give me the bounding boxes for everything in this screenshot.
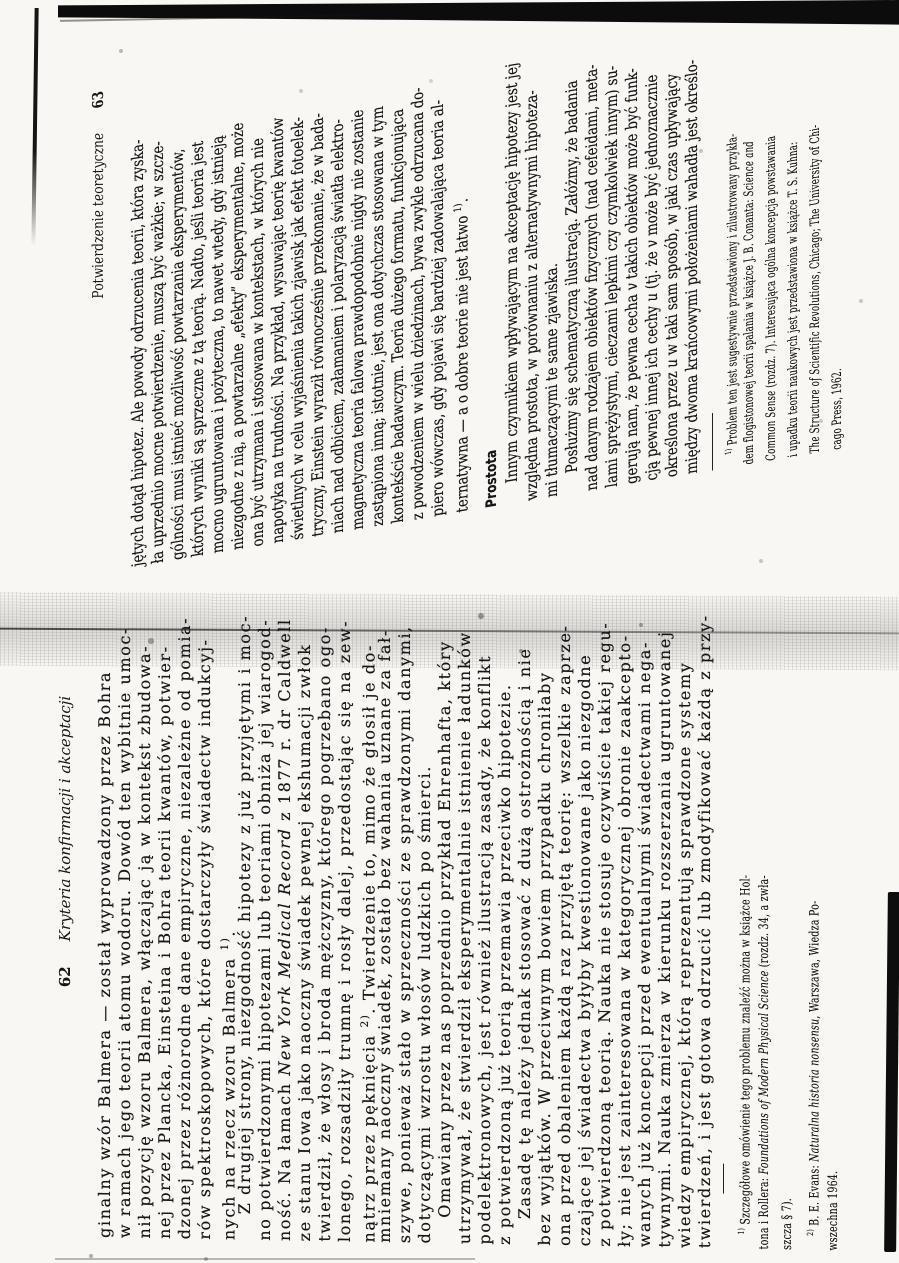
text-line: napotyka na trudności. Na przykład, wysu…: [268, 50, 288, 545]
page-number: 62: [55, 966, 75, 987]
text-segment: mocno ugruntowana i pożyteczna, to nawet…: [208, 134, 227, 555]
text-line: no potwierdzonymi hipotezami lub teoriam…: [255, 600, 275, 1240]
text-line: nej przez Plancka, Einsteina i Bohra teo…: [155, 599, 175, 1239]
text-segment: rów spektroskopowych, które dostarczyły …: [195, 638, 214, 1240]
text-segment: między dwoma krańcowymi położeniami waha…: [682, 58, 701, 475]
text-segment: wiedzy empirycznej, którą reprezentują s…: [675, 661, 694, 1248]
text-line: Posłużmy się schematyczną ilustracją. Za…: [562, 0, 582, 495]
book-page-62: 62 Kryteria konfirmacji i akceptacji gin…: [55, 597, 855, 1251]
text-line: mi tłumaczącymi te same zjawiska.: [542, 4, 562, 499]
text-line: Innym czynnikiem wpływającym na akceptac…: [502, 10, 522, 505]
text-line: świetlnych w celu wyjaśnienia takich zja…: [288, 46, 308, 541]
text-line: szcza § 7).: [776, 789, 799, 1250]
text-segment: mniemany naoczny świadek, zostało bez wa…: [375, 629, 394, 1243]
running-head: Potwierdzenie teoretyczne 63: [88, 80, 108, 575]
text-line: Common Sense (rozdz. 7). Interesująca og…: [761, 65, 783, 462]
text-segment: ły; nie jest zainteresowana w kategorycz…: [615, 634, 634, 1247]
text-segment: Omawiany przez nas poprzednio przykład E…: [435, 640, 454, 1218]
running-head-title: Potwierdzenie teoretyczne: [88, 131, 108, 300]
text-segment: cago Press, 1962.: [830, 367, 845, 451]
text-line: zastąpiona inną; istotnie, jest ona doty…: [368, 33, 388, 528]
page-number: 63: [88, 90, 108, 110]
text-segment: ze stanu Iowa jako naoczny świadek pewne…: [295, 643, 314, 1241]
text-line: twierdzeń, i jest gotowa odrzucić lub zm…: [695, 608, 715, 1248]
text-segment: ona być utrzymana i stosowana w kontekst…: [248, 137, 267, 549]
body-text: ginalny wzór Balmera — został wyprowadzo…: [95, 598, 715, 1249]
text-segment: mi tłumaczącymi te same zjawiska.: [542, 262, 561, 499]
section-heading: Prostota: [482, 14, 502, 509]
text-line: niezgodne z nią, a powtarzalne „efekty” …: [228, 56, 248, 551]
text-line: utrzymywał, że stwierdził eksperymentaln…: [455, 604, 475, 1244]
text-line: magnetyczna teoria falowa prawdopodobnie…: [348, 36, 368, 531]
text-segment: Szczegółowe omówienie tego problemu znal…: [738, 875, 753, 1228]
text-line: The Structure of Scientific Revolutions,…: [805, 58, 827, 455]
text-segment: Posłużmy się schematyczną ilustracją. Za…: [562, 79, 581, 474]
text-segment: nej przez Plancka, Einsteina i Bohra teo…: [155, 645, 174, 1239]
text-line: 1) Problem ten jest sugestywnie przedsta…: [717, 72, 739, 469]
text-line: ginalny wzór Balmera — został wyprowadzo…: [95, 598, 115, 1238]
text-segment: i upadku teorii naukowych jest przedstaw…: [786, 141, 801, 459]
text-line: 1) Szczegółowe omówienie tego problemu z…: [730, 788, 753, 1249]
text-line: dzonej przez różnorodne dane empiryczne,…: [175, 599, 195, 1239]
text-segment: napotyka na trudności. Na przykład, wysu…: [268, 116, 287, 545]
text-line: ły; nie jest zainteresowana w kategorycz…: [615, 607, 635, 1247]
text-line: z potwierdzoną już teorią przemawia prze…: [495, 605, 515, 1245]
page-edge-bottom: [55, 1258, 475, 1260]
text-line: lami sprężystymi, cieczami lepkimi czy c…: [602, 0, 622, 489]
text-line: twierdził, że włosy i broda mężczyzny, k…: [315, 602, 335, 1242]
text-line: nych na rzecz wzoru Balmera 1).: [215, 600, 235, 1240]
text-line: ła uprzednio mocne potwierdzenie, muszą …: [148, 70, 168, 565]
text-segment: gólności musi istnieć możliwość powtarza…: [168, 148, 187, 562]
text-segment: utrzymywał, że stwierdził eksperymentaln…: [455, 631, 474, 1244]
text-segment: szcza § 7).: [780, 1198, 795, 1250]
text-line: i upadku teorii naukowych jest przedstaw…: [783, 61, 805, 458]
text-segment: piero wówczas, gdy pojawi się bardziej z…: [428, 98, 447, 518]
text-line: Z drugiej strony, niezgodność hipotezy z…: [235, 600, 255, 1240]
text-segment: twierdzeń, i jest gotowa odrzucić lub zm…: [695, 614, 714, 1248]
text-segment: zastąpiona inną; istotnie, jest ona doty…: [368, 105, 387, 528]
footnotes: 1) Szczegółowe omówienie tego problemu z…: [730, 788, 845, 1251]
text-line: podelektronowych, jest również ilustracj…: [475, 604, 495, 1244]
text-segment: 1): [736, 1228, 746, 1235]
text-line: wanych już koncepcji przed ewentualnymi …: [635, 607, 655, 1247]
text-segment: The Structure of Scientific Revolutions: [808, 273, 823, 454]
scanner-edge-right: [884, 892, 899, 1252]
text-line: jętych dotąd hipotez. Ale powody odrzuce…: [128, 73, 148, 568]
text-segment: lonego, rozsadziły trumnę i rosły dalej,…: [335, 620, 354, 1243]
text-line: ternatywna — a o dobre teorie nie jest ł…: [448, 19, 468, 514]
text-line: mocno ugruntowana i pożyteczna, to nawet…: [208, 60, 228, 555]
text-segment: cją pewnej innej ich cechy: [642, 300, 661, 482]
text-segment: , Warszawa, Wiedza Po-: [807, 900, 822, 1018]
text-segment: takich obiektów może być funk-: [622, 67, 641, 285]
text-line: niach nad odbiciem, załamaniem i polaryz…: [328, 39, 348, 534]
text-segment: tryczny, Einstein wyraził równocześnie p…: [308, 112, 327, 538]
text-segment: 2): [359, 1013, 371, 1027]
text-segment: tona i Rollera:: [757, 1174, 772, 1249]
text-segment: (rozdz. 34, a zwła-: [757, 875, 772, 971]
text-line: Zasadę tę należy jednak stosować z dużą …: [515, 605, 535, 1245]
text-segment: określona przez: [662, 366, 681, 479]
text-segment: jętych dotąd hipotez. Ale powody odrzuce…: [128, 138, 147, 568]
text-line: dem flogistonowej teorii spalania w ksią…: [739, 69, 761, 466]
text-segment: których wyniki są sprzeczne z tą teorią.…: [188, 140, 207, 558]
text-segment: dem flogistonowej teorii spalania w ksią…: [742, 195, 757, 465]
footnote-separator: [723, 1164, 724, 1194]
text-segment: ona przed obaleniem każdą raz przyjętą t…: [555, 624, 574, 1246]
text-segment: z potwierdzoną teorią. Nauka nie stosuje…: [595, 621, 614, 1246]
text-segment: ginalny wzór Balmera — został wyprowadzo…: [95, 671, 114, 1238]
text-segment: dotyczącymi wzrostu włosów ludzkich po ś…: [415, 765, 434, 1244]
text-line: cago Press, 1962.: [827, 54, 849, 451]
text-segment: ternatywna — a o dobre teorie nie jest ł…: [452, 210, 471, 514]
text-segment: ność. Na łamach: [275, 1076, 294, 1242]
text-segment: twierdził, że włosy i broda mężczyzny, k…: [315, 626, 334, 1242]
text-segment: świetlnych w celu wyjaśnienia takich zja…: [288, 116, 307, 542]
text-segment: , Chicago; The University of Chi-: [808, 123, 823, 275]
text-segment: podelektronowych, jest również ilustracj…: [475, 655, 494, 1245]
text-line: tywnymi. Nauka zmierza w kierunku rozsze…: [655, 607, 675, 1247]
text-line: cją pewnej innej ich cechy u (tj. że v m…: [642, 0, 662, 482]
footnotes: 1) Problem ten jest sugestywnie przedsta…: [717, 54, 849, 470]
text-line: w ramach jego teorii atomu wodoru. Dowód…: [115, 598, 135, 1238]
text-line: względna prostota, w porównaniu z altern…: [522, 7, 542, 502]
text-segment: z powodzeniem w wielu dziedzinach, bywa …: [408, 86, 427, 521]
text-line: mniemany naoczny świadek, zostało bez wa…: [375, 603, 395, 1243]
text-segment: Foundations of Modern Physical Science: [757, 970, 772, 1174]
text-segment: wanych już koncepcji przed ewentualnymi …: [635, 641, 654, 1248]
text-segment: z potwierdzoną już teorią przemawia prze…: [495, 683, 514, 1245]
text-segment: Naturalna historia nonsensu: [807, 1019, 822, 1162]
text-segment: gerują nam, że pewna cecha: [622, 289, 641, 486]
text-segment: wszechna 1964.: [826, 1170, 841, 1250]
text-line: między dwoma krańcowymi położeniami waha…: [682, 0, 702, 476]
text-line: ze stanu Iowa jako naoczny świadek pewne…: [295, 601, 315, 1241]
text-line: gerują nam, że pewna cecha v takich obie…: [622, 0, 642, 486]
text-line: tryczny, Einstein wyraził równocześnie p…: [308, 43, 328, 538]
text-line: gólności musi istnieć możliwość powtarza…: [168, 66, 188, 561]
text-line: dotyczącymi wzrostu włosów ludzkich po ś…: [415, 603, 435, 1243]
text-segment: szywe, ponieważ stało w sprzeczności ze …: [395, 625, 414, 1243]
text-line: kontekście badawczym. Teoria dużego form…: [388, 29, 408, 524]
text-segment: w ramach jego teorii atomu wodoru. Dowód…: [115, 627, 134, 1239]
text-segment: B. E. Evans:: [807, 1162, 822, 1230]
text-line: 2) B. E. Evans: Naturalna historia nonse…: [799, 789, 822, 1250]
text-line: określona przez u w taki sam sposób, w j…: [662, 0, 682, 479]
text-line: których wyniki są sprzeczne z tą teorią.…: [188, 63, 208, 558]
text-segment: Science and: [742, 140, 757, 198]
text-segment: no potwierdzonymi hipotezami lub teoriam…: [255, 619, 274, 1241]
footnote-separator: [712, 413, 713, 471]
text-line: ona przed obaleniem każdą raz przyjętą t…: [555, 606, 575, 1246]
text-segment: kontekście badawczym. Teoria dużego form…: [388, 108, 407, 525]
text-line: szywe, ponieważ stało w sprzeczności ze …: [395, 603, 415, 1243]
text-line: czające jej świadectwa byłyby kwestionow…: [575, 606, 595, 1246]
running-head-title: Kryteria konfirmacji i akceptacji: [55, 696, 75, 942]
text-segment: ła uprzednio mocne potwierdzenie, muszą …: [148, 140, 167, 565]
page-edge-left: [31, 8, 38, 246]
text-segment: 2): [805, 1229, 815, 1236]
text-segment: względna prostota, w porównaniu z altern…: [522, 89, 541, 502]
text-segment: magnetyczna teoria falowa prawdopodobnie…: [348, 108, 367, 531]
text-segment: (rozdz. 7). Interesująca ogólna koncepcj…: [764, 135, 779, 392]
text-line: ność. Na łamach New York Medical Record …: [275, 601, 295, 1241]
text-line: wiedzy empirycznej, którą reprezentują s…: [675, 608, 695, 1248]
text-segment: bez wyjątków. W przeciwnym bowiem przypa…: [535, 671, 554, 1245]
text-segment: czające jej świadectwa byłyby kwestionow…: [575, 654, 594, 1247]
text-segment: Zasadę tę należy jednak stosować z dużą …: [515, 647, 534, 1219]
body-text: jętych dotąd hipotez. Ale powody odrzuce…: [128, 0, 702, 568]
text-line: piero wówczas, gdy pojawi się bardziej z…: [428, 23, 448, 518]
text-line: nił pozycję wzoru Balmera, włączając ją …: [135, 598, 155, 1238]
text-segment: Common Sense: [764, 389, 779, 462]
text-line: rów spektroskopowych, które dostarczyły …: [195, 599, 215, 1239]
text-line: z powodzeniem w wielu dziedzinach, bywa …: [408, 26, 428, 521]
text-segment: nad danym rodzajem obiektów fizycznych (…: [582, 63, 601, 492]
text-line: z potwierdzoną teorią. Nauka nie stosuje…: [595, 606, 615, 1246]
text-segment: dzonej przez różnorodne dane empiryczne,…: [175, 617, 194, 1240]
running-head: 62 Kryteria konfirmacji i akceptacji: [55, 597, 75, 1237]
text-segment: Innym czynnikiem wpływającym na akceptac…: [502, 62, 521, 485]
text-segment: niach nad odbiciem, załamaniem i polaryz…: [328, 118, 347, 535]
text-segment: lami sprężystymi, cieczami lepkimi czy c…: [602, 64, 621, 489]
scanned-book-spread: Potwierdzenie teoretyczne 63 jętych dotą…: [0, 0, 899, 1263]
text-segment: (tj. że: [642, 246, 661, 295]
text-segment: niezgodne z nią, a powtarzalne „efekty” …: [228, 121, 247, 551]
scan-noise: [0, 0, 2, 2]
text-line: bez wyjątków. W przeciwnym bowiem przypa…: [535, 605, 555, 1245]
text-line: Omawiany przez nas poprzednio przykład E…: [435, 604, 455, 1244]
text-segment: z 1877 r. dr Caldwell: [275, 618, 294, 828]
book-page-63: Potwierdzenie teoretyczne 63 jętych dotą…: [88, 0, 868, 575]
text-segment: New York Medical Record: [275, 827, 294, 1076]
text-line: wszechna 1964.: [822, 790, 845, 1251]
text-segment: nił pozycję wzoru Balmera, włączając ją …: [135, 645, 154, 1239]
text-segment: Z drugiej strony, niezgodność hipotezy z…: [235, 615, 254, 1215]
text-segment: tywnymi. Nauka zmierza w kierunku rozsze…: [655, 630, 674, 1247]
text-line: ona być utrzymana i stosowana w kontekst…: [248, 53, 268, 548]
text-line: lonego, rozsadziły trumnę i rosły dalej,…: [335, 602, 355, 1242]
text-line: nad danym rodzajem obiektów fizycznych (…: [582, 0, 602, 492]
text-segment: 1): [219, 936, 231, 950]
text-segment: może być jednoznacznie: [642, 73, 661, 241]
text-line: nątrz przez pęknięcia 2). Twierdzenie to…: [355, 602, 375, 1242]
text-segment: w taki sam sposób, w jaki czas upływając…: [662, 72, 681, 361]
text-segment: Prostota: [484, 449, 500, 509]
text-line: tona i Rollera: Foundations of Modern Ph…: [753, 788, 776, 1249]
